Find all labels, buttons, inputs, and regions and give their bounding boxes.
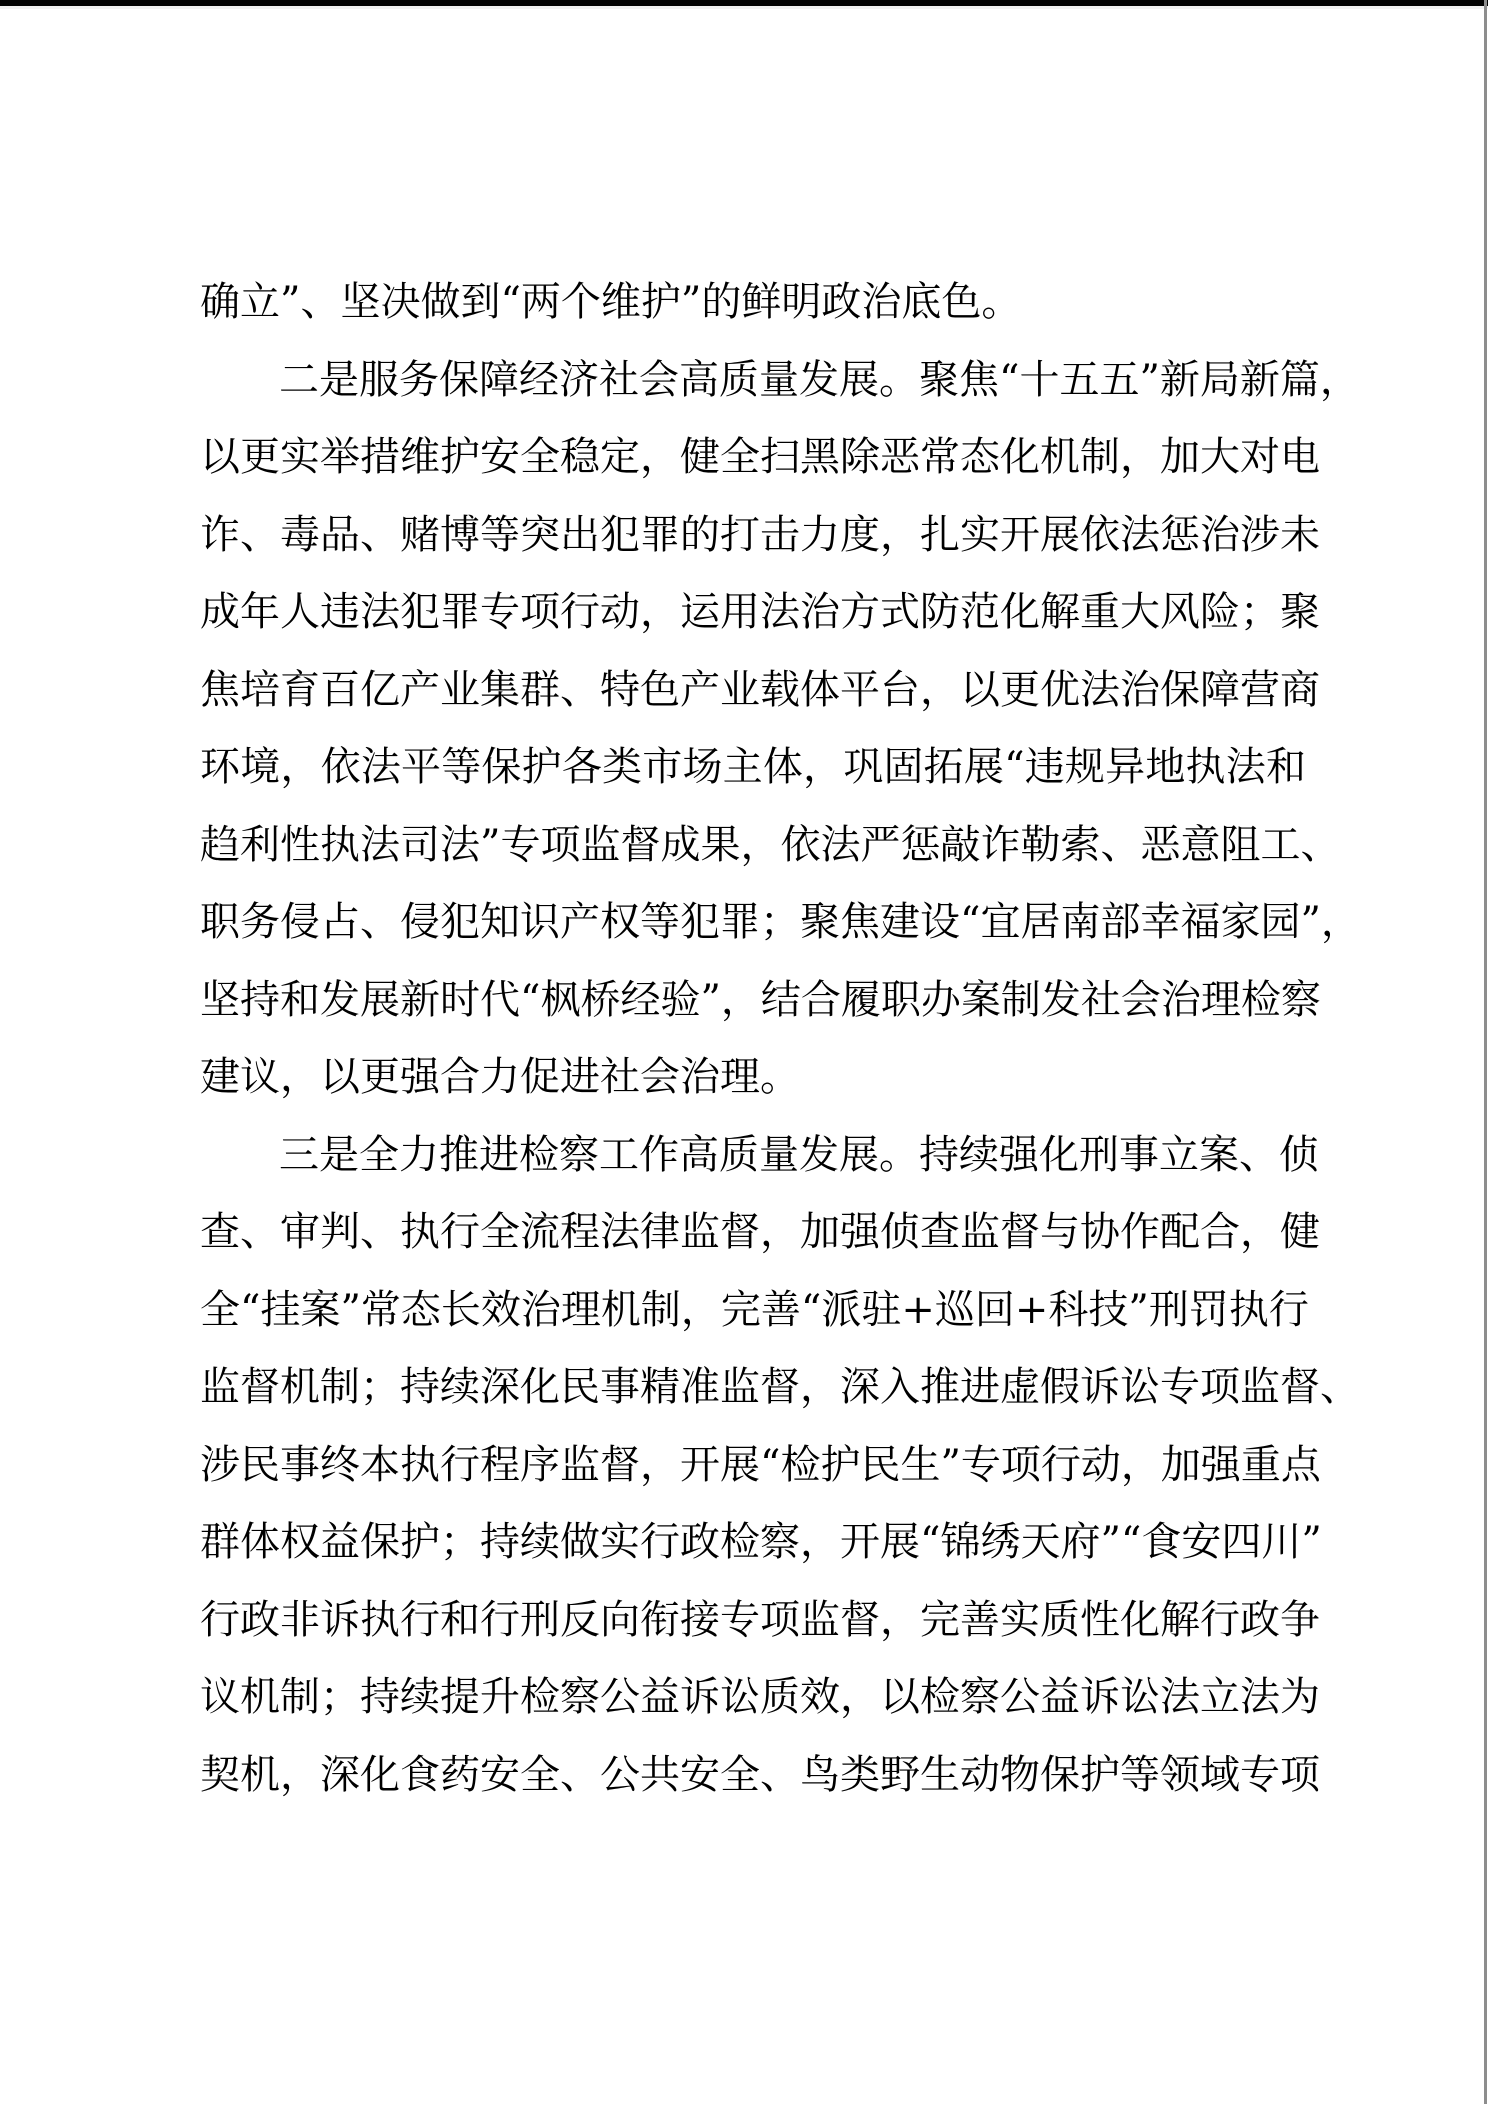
char: 巡 [935,1272,975,1350]
char: 治 [1200,497,1240,575]
char: ； [320,1659,360,1737]
char: 占 [320,884,360,962]
char: 防 [920,574,960,652]
char: 类 [602,729,642,807]
char: 力 [399,1117,439,1195]
char: ， [1120,419,1160,497]
char: 川 [1261,1504,1301,1582]
char: 范 [960,574,1000,652]
char: 务 [399,342,439,420]
char: 、 [560,652,600,730]
char: ， [740,807,780,885]
char: 产 [400,652,440,730]
char: 发 [799,1117,839,1195]
char: 权 [280,1504,320,1582]
char: 枫 [540,962,580,1040]
char: 时 [440,962,480,1040]
char: 动 [600,574,640,652]
char: 、 [760,1737,800,1815]
char: 案 [961,962,1001,1040]
char: 民 [240,1427,280,1505]
char: 、 [1320,1349,1360,1427]
char: 审 [280,1194,320,1272]
char: 虚 [1000,1349,1040,1427]
char: 开 [1000,497,1040,575]
char: 全 [520,419,560,497]
char: 入 [880,1349,920,1427]
char: 。 [879,1117,919,1195]
char: 生 [920,1737,960,1815]
char: 绣 [980,1504,1020,1582]
char: 是 [319,342,359,420]
char: 事 [1119,1117,1159,1195]
char: 续 [959,1117,999,1195]
char: 发 [799,342,839,420]
char: 公 [600,1659,640,1737]
char: 五 [1059,342,1099,420]
char: 工 [599,1117,639,1195]
char: ” [340,1272,360,1350]
char: ， [760,1194,800,1272]
char: 督 [1280,1349,1320,1427]
text-line-14: 全“挂案”常态长效治理机制，完善“派驻+巡回+科技”刑罚执行 [200,1272,1306,1350]
char: 政 [1240,1582,1280,1660]
char: 检 [720,1504,760,1582]
char: 维 [400,419,440,497]
char: 拓 [924,729,964,807]
char: 长 [441,1272,481,1350]
char: ” [940,1427,960,1505]
char: 度 [840,497,880,575]
char: 机 [280,1349,320,1427]
char: 集 [480,652,520,730]
char: 力 [800,497,840,575]
char: 法 [360,574,400,652]
char: 平 [401,729,441,807]
char: + [1015,1272,1049,1350]
char: 监 [720,1349,760,1427]
char: 展 [1040,497,1080,575]
char: 产 [560,884,600,962]
char: 聚 [1280,574,1320,652]
char: 实 [280,419,320,497]
char: 行 [440,1194,480,1272]
char: 法 [1240,1659,1280,1737]
char: 趋 [200,807,240,885]
char: 局 [1200,342,1240,420]
char: 风 [1160,574,1200,652]
char: 务 [240,884,280,962]
char: 重 [1241,1427,1281,1505]
char: ” [480,807,500,885]
char: 升 [480,1659,520,1737]
char: 全 [200,1272,240,1350]
char: ” [1300,884,1320,962]
char: 居 [1020,884,1060,962]
char: 安 [680,1737,720,1815]
char: 争 [1280,1582,1320,1660]
text-line-4: 诈、毒品、赌博等突出犯罪的打击力度，扎实开展依法惩治涉未 [200,497,1306,575]
char: “ [960,884,980,962]
char: 依 [1080,497,1120,575]
char: 二 [279,342,319,420]
char: ； [440,1504,480,1582]
char: 接 [680,1582,720,1660]
char: 量 [759,342,799,420]
char: 品 [320,497,360,575]
char: 诈 [980,807,1020,885]
char: 扎 [920,497,960,575]
char: 持 [480,1504,520,1582]
char: 检 [920,1659,960,1737]
char: 序 [520,1427,560,1505]
char: 幸 [1140,884,1180,962]
char: 除 [840,419,880,497]
char: ， [880,1582,920,1660]
char: 检 [519,1117,559,1195]
char: 监 [800,1582,840,1660]
char: 化 [1000,574,1040,652]
char: 成 [660,807,700,885]
char: ； [1240,574,1280,652]
char: 新 [1160,342,1200,420]
char: 优 [1040,652,1080,730]
char: 社 [599,342,639,420]
char: 护 [440,419,480,497]
char: 障 [1200,652,1240,730]
char: 突 [520,497,560,575]
char: 社 [1081,962,1121,1040]
char: 、 [240,1194,280,1272]
char: 司 [400,807,440,885]
char: 亿 [360,652,400,730]
char: 机 [240,1737,280,1815]
char: 强 [999,1117,1039,1195]
char: 执 [400,1427,440,1505]
char: 职 [881,962,921,1040]
char: 天 [1020,1504,1060,1582]
char: 完 [721,1272,761,1350]
char: 执 [320,807,360,885]
char: 行 [1200,1582,1240,1660]
char: 涉 [200,1427,240,1505]
char: 监 [580,807,620,885]
char: 推 [920,1349,960,1427]
char: 护 [400,1504,440,1582]
char: 案 [300,1272,340,1350]
char: 体 [763,729,803,807]
text-line-11: 建议，以更强合力促进社会治理。 [200,1039,1306,1117]
char: 展 [720,1427,760,1505]
char: 履 [841,962,881,1040]
char: 法 [600,1194,640,1272]
char: 果 [700,807,740,885]
char: “ [920,1504,940,1582]
char: 案 [1199,1117,1239,1195]
char: 群 [520,652,560,730]
char: 索 [1060,807,1100,885]
char: 安 [480,1737,520,1815]
char: 持 [240,962,280,1040]
char: 立 [1159,1117,1199,1195]
char: 三 [279,1117,319,1195]
char: 环 [200,729,240,807]
text-line-15: 监督机制；持续深化民事精准监督，深入推进虚假诉讼专项监督、 [200,1349,1306,1427]
char: 焦 [840,884,880,962]
char: 异 [1105,729,1145,807]
char: 执 [1186,729,1226,807]
char: 察 [760,1504,800,1582]
char: 保 [360,1504,400,1582]
char: 律 [640,1194,680,1272]
char: 效 [481,1272,521,1350]
char: 侦 [1279,1117,1319,1195]
char: 益 [640,1659,680,1737]
char: 展 [360,962,400,1040]
char: 代 [480,962,520,1040]
char: 用 [720,574,760,652]
char: 、 [1100,807,1140,885]
char: 业 [720,652,760,730]
char: 效 [800,1659,840,1737]
char: 项 [520,574,560,652]
char: 依 [780,807,820,885]
char: 等 [640,884,680,962]
char: 回 [975,1272,1015,1350]
char: 违 [1025,729,1065,807]
document-page: 确立”、坚决做到“两个维护”的鲜明政治底色。二是服务保障经济社会高质量发展。聚焦… [0,0,1488,2104]
char: 治 [521,1272,561,1350]
char: 项 [1200,1349,1240,1427]
char: 善 [761,1272,801,1350]
char: 项 [540,807,580,885]
char: 公 [1000,1659,1040,1737]
char: 实 [1000,1582,1040,1660]
char: 续 [440,1349,480,1427]
text-line-8: 趋利性执法司法”专项监督成果，依法严惩敲诈勒索、恶意阻工、 [200,807,1306,885]
char: 罚 [1189,1272,1229,1350]
char: 公 [600,1737,640,1815]
char: 益 [1040,1659,1080,1737]
char: 以 [960,652,1000,730]
char: 展 [839,342,879,420]
char: 监 [960,1194,1000,1272]
char: 提 [440,1659,480,1737]
char: 向 [600,1582,640,1660]
char: ， [640,1427,680,1505]
char: 食 [1141,1504,1181,1582]
char: “ [1121,1504,1141,1582]
char: 专 [961,1427,1001,1505]
char: 发 [320,962,360,1040]
char: 犯 [400,574,440,652]
char: 、 [360,497,400,575]
char: 特 [600,652,640,730]
char: 机 [1040,419,1080,497]
char: 判 [320,1194,360,1272]
char: 益 [320,1504,360,1582]
char: 篇 [1280,342,1320,420]
text-line-16: 涉民事终本执行程序监督，开展“检护民生”专项行动，加强重点 [200,1427,1306,1505]
char: 以 [880,1659,920,1737]
char: 全 [720,1737,760,1815]
char: 和 [440,1582,480,1660]
char: 全 [520,1737,560,1815]
char: 法 [820,807,860,885]
char: 领 [1160,1737,1200,1815]
char: ， [1320,342,1360,420]
char: 是 [319,1117,359,1195]
char: 罪 [440,574,480,652]
scan-artifact-top-gap [0,6,1488,9]
char: 焦 [959,342,999,420]
char: 行 [480,1582,520,1660]
char: 式 [880,574,920,652]
char: 保 [1160,652,1200,730]
char: 开 [680,1427,720,1505]
char: 终 [320,1427,360,1505]
char: 扫 [760,419,800,497]
char: 解 [1160,1582,1200,1660]
char: 行 [1041,1427,1081,1505]
char: ， [1321,884,1361,962]
char: 园 [1260,884,1300,962]
char: 鸟 [800,1737,840,1815]
char: ” [700,962,720,1040]
char: 进 [479,1117,519,1195]
text-line-9: 职务侵占、侵犯知识产权等犯罪；聚焦建设“宜居南部幸福家园”， [200,884,1306,962]
char: 政 [680,1504,720,1582]
char: 专 [500,807,540,885]
char: 查 [920,1194,960,1272]
char: 群 [200,1504,240,1582]
char: 推 [439,1117,479,1195]
char: 更 [240,419,280,497]
char: 识 [520,884,560,962]
char: 济 [559,342,599,420]
char: 生 [900,1427,940,1505]
char: 检 [520,1659,560,1737]
char: 诈 [200,497,240,575]
char: 博 [440,497,480,575]
char: 犯 [680,884,720,962]
char: 质 [760,1659,800,1737]
char: 态 [401,1272,441,1350]
char: 境 [240,729,280,807]
char: 违 [320,574,360,652]
char: 讼 [1120,1349,1160,1427]
char: 监 [1240,1349,1280,1427]
char: 坚 [200,962,240,1040]
char: 犯 [600,497,640,575]
char: 和 [1266,729,1306,807]
char: 法 [1080,652,1120,730]
char: 合 [1200,1194,1240,1272]
char: 理 [1201,962,1241,1040]
char: 主 [723,729,763,807]
char: 制 [280,1659,320,1737]
char: 法 [1160,1659,1200,1737]
char: 展 [839,1117,879,1195]
char: 检 [1241,962,1281,1040]
char: 等 [480,497,520,575]
char: 部 [1100,884,1140,962]
char: 百 [320,652,360,730]
char: 实 [600,1504,640,1582]
char: 恶 [880,419,920,497]
char: 项 [1280,1737,1320,1815]
char: 监 [200,1349,240,1427]
char: 态 [960,419,1000,497]
char: 保 [481,729,521,807]
char: 科 [1048,1272,1088,1350]
char: ， [920,652,960,730]
char: 服 [359,342,399,420]
char: 安 [1181,1504,1221,1582]
char: 制 [1080,419,1120,497]
char: 督 [840,1582,880,1660]
char: 刑 [520,1582,560,1660]
char: 专 [720,1582,760,1660]
char: 犯 [440,884,480,962]
char: 全 [359,1117,399,1195]
char: 民 [560,1349,600,1427]
char: 营 [1240,652,1280,730]
char: 督 [620,807,660,885]
char: “ [240,1272,260,1350]
char: 督 [1000,1194,1040,1272]
char: 制 [1001,962,1041,1040]
char: 行 [440,1427,480,1505]
char: 行 [1269,1272,1309,1350]
char: 台 [880,652,920,730]
char: 与 [1040,1194,1080,1272]
char: 化 [360,1737,400,1815]
char: 规 [1065,729,1105,807]
char: 监 [560,1427,600,1505]
char: 法 [360,807,400,885]
char: 解 [1040,574,1080,652]
char: 法 [361,729,401,807]
char: 持 [360,1659,400,1737]
char: 经 [519,342,559,420]
char: 持 [919,1117,959,1195]
char: 育 [280,652,320,730]
char: 专 [1240,1737,1280,1815]
char: 加 [1161,1427,1201,1505]
char: ， [1240,1194,1280,1272]
char: 法 [1226,729,1266,807]
char: 善 [960,1582,1000,1660]
char: 程 [560,1194,600,1272]
char: 五 [1099,342,1139,420]
char: 察 [1281,962,1321,1040]
char: 机 [240,1659,280,1737]
char: 法 [440,807,480,885]
char: 讼 [720,1659,760,1737]
char: ， [1121,1427,1161,1505]
char: 行 [560,574,600,652]
char: 量 [759,1117,799,1195]
char: 化 [520,1349,560,1427]
char: 体 [240,1504,280,1582]
char: 展 [880,1504,920,1582]
char: 续 [400,1659,440,1737]
char: 项 [760,1582,800,1660]
char: 制 [641,1272,681,1350]
char: 培 [240,652,280,730]
char: 治 [800,574,840,652]
